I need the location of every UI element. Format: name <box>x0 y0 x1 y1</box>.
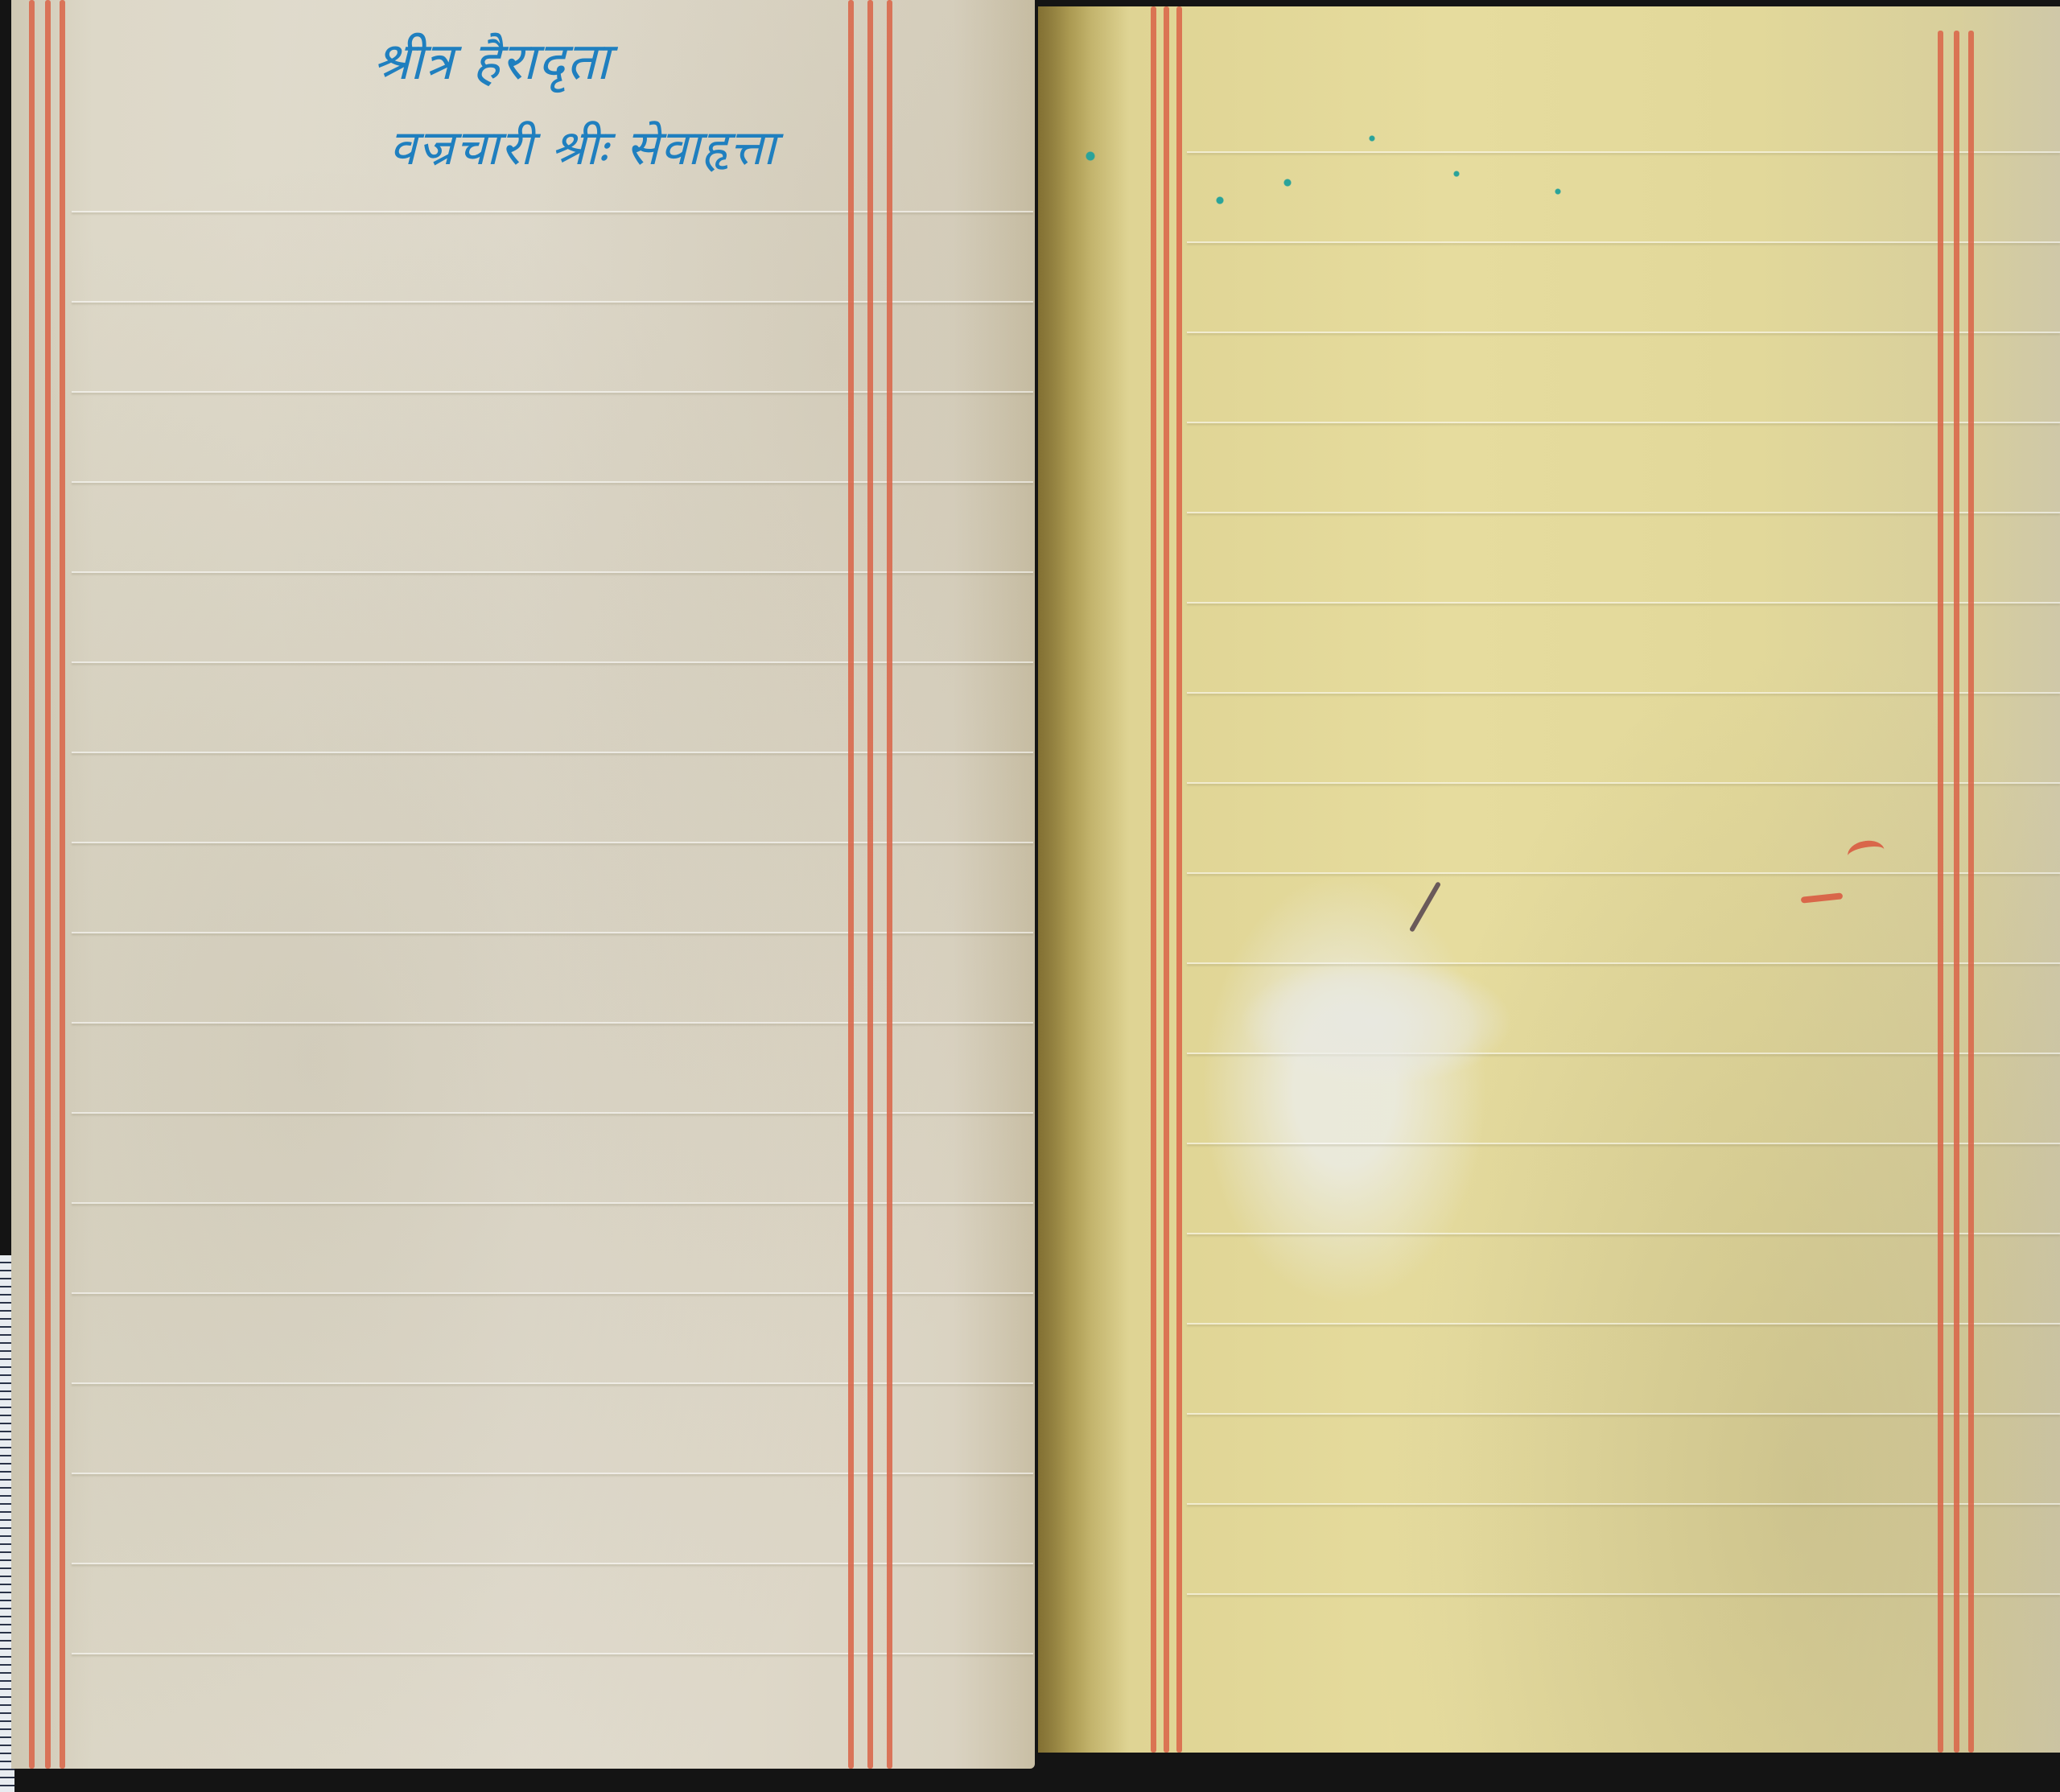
ruled-line <box>1187 782 2060 784</box>
left-margin-rule <box>1164 6 1169 1753</box>
ruled-line <box>1187 241 2060 243</box>
gutter-shadow <box>1038 6 1127 1753</box>
left-margin-rule <box>29 0 35 1769</box>
right-margin-rule <box>1938 31 1943 1753</box>
handwritten-note-line-1: श्रीत्र हैरादृता <box>373 24 611 94</box>
right-margin-rule <box>887 0 892 1769</box>
ruled-line <box>1187 1323 2060 1324</box>
right-margin-rule <box>1968 31 1974 1753</box>
ruled-line <box>1187 692 2060 694</box>
left-page: श्रीत्र हैरादृता वज्रचारी श्रीः सेवाहृत्… <box>11 0 1035 1769</box>
left-margin-rule <box>1176 6 1182 1753</box>
ink-specks <box>1062 121 1625 209</box>
left-margin-rule <box>45 0 51 1769</box>
right-margin-rule <box>867 0 873 1769</box>
left-margin-rule <box>1151 6 1156 1753</box>
ruled-line <box>1187 422 2060 423</box>
right-page <box>1038 6 2060 1753</box>
ruled-line <box>1187 1503 2060 1505</box>
ruled-line <box>1187 602 2060 604</box>
left-margin-rule <box>60 0 65 1769</box>
right-margin-rule <box>1954 31 1959 1753</box>
ruled-line <box>1187 512 2060 513</box>
ruled-line <box>1187 1593 2060 1595</box>
right-margin-rule <box>848 0 854 1769</box>
ruled-line <box>1187 1413 2060 1415</box>
ruled-line <box>1187 332 2060 333</box>
ruled-line <box>1187 872 2060 874</box>
ruled-line <box>1187 1143 2060 1144</box>
ruled-line <box>1187 1233 2060 1234</box>
water-stain <box>1239 958 1513 1086</box>
handwritten-note-line-2: वज्रचारी श्रीः सेवाहृत्ता <box>389 113 777 179</box>
